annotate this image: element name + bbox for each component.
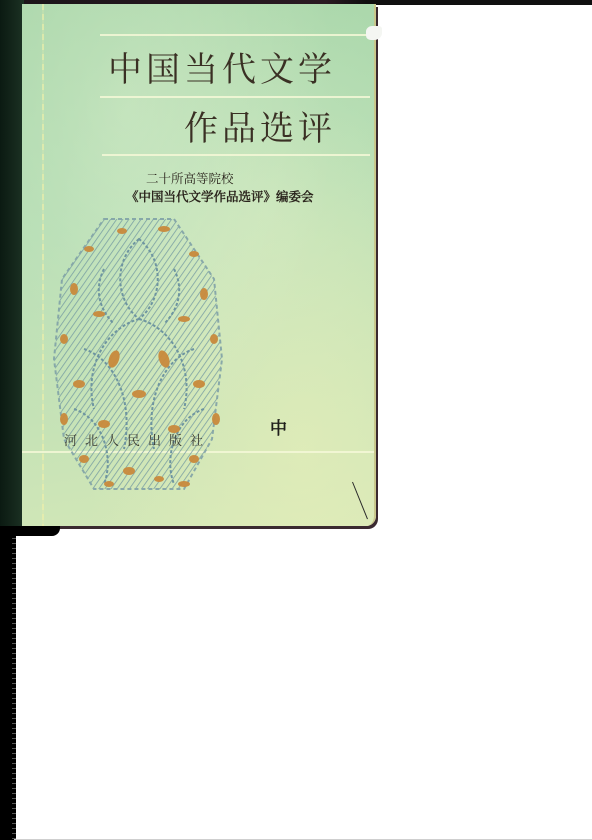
torn-corner — [366, 26, 382, 40]
volume-label: 中 — [270, 414, 287, 439]
book-title-line-1: 中国当代文学 — [108, 42, 336, 91]
floral-ornament-icon — [44, 209, 234, 499]
page-scan-edge-fuzz — [12, 536, 16, 840]
book-cover: 中国当代文学 作品选评 二十所高等院校 《中国当代文学作品选评》编委会 — [22, 4, 376, 526]
editor-committee: 《中国当代文学作品选评》编委会 — [126, 187, 314, 205]
scanner-edge-top-right — [380, 0, 592, 4]
decorative-rule — [100, 34, 370, 36]
publisher-name: 河北人民出版社 — [64, 430, 211, 449]
decorative-rule — [102, 154, 370, 156]
book-spine — [0, 0, 24, 530]
scratch-mark — [352, 482, 368, 519]
editor-institution: 二十所高等院校 — [146, 169, 234, 187]
book-title-line-2: 作品选评 — [184, 101, 336, 150]
decorative-rule — [100, 96, 370, 98]
